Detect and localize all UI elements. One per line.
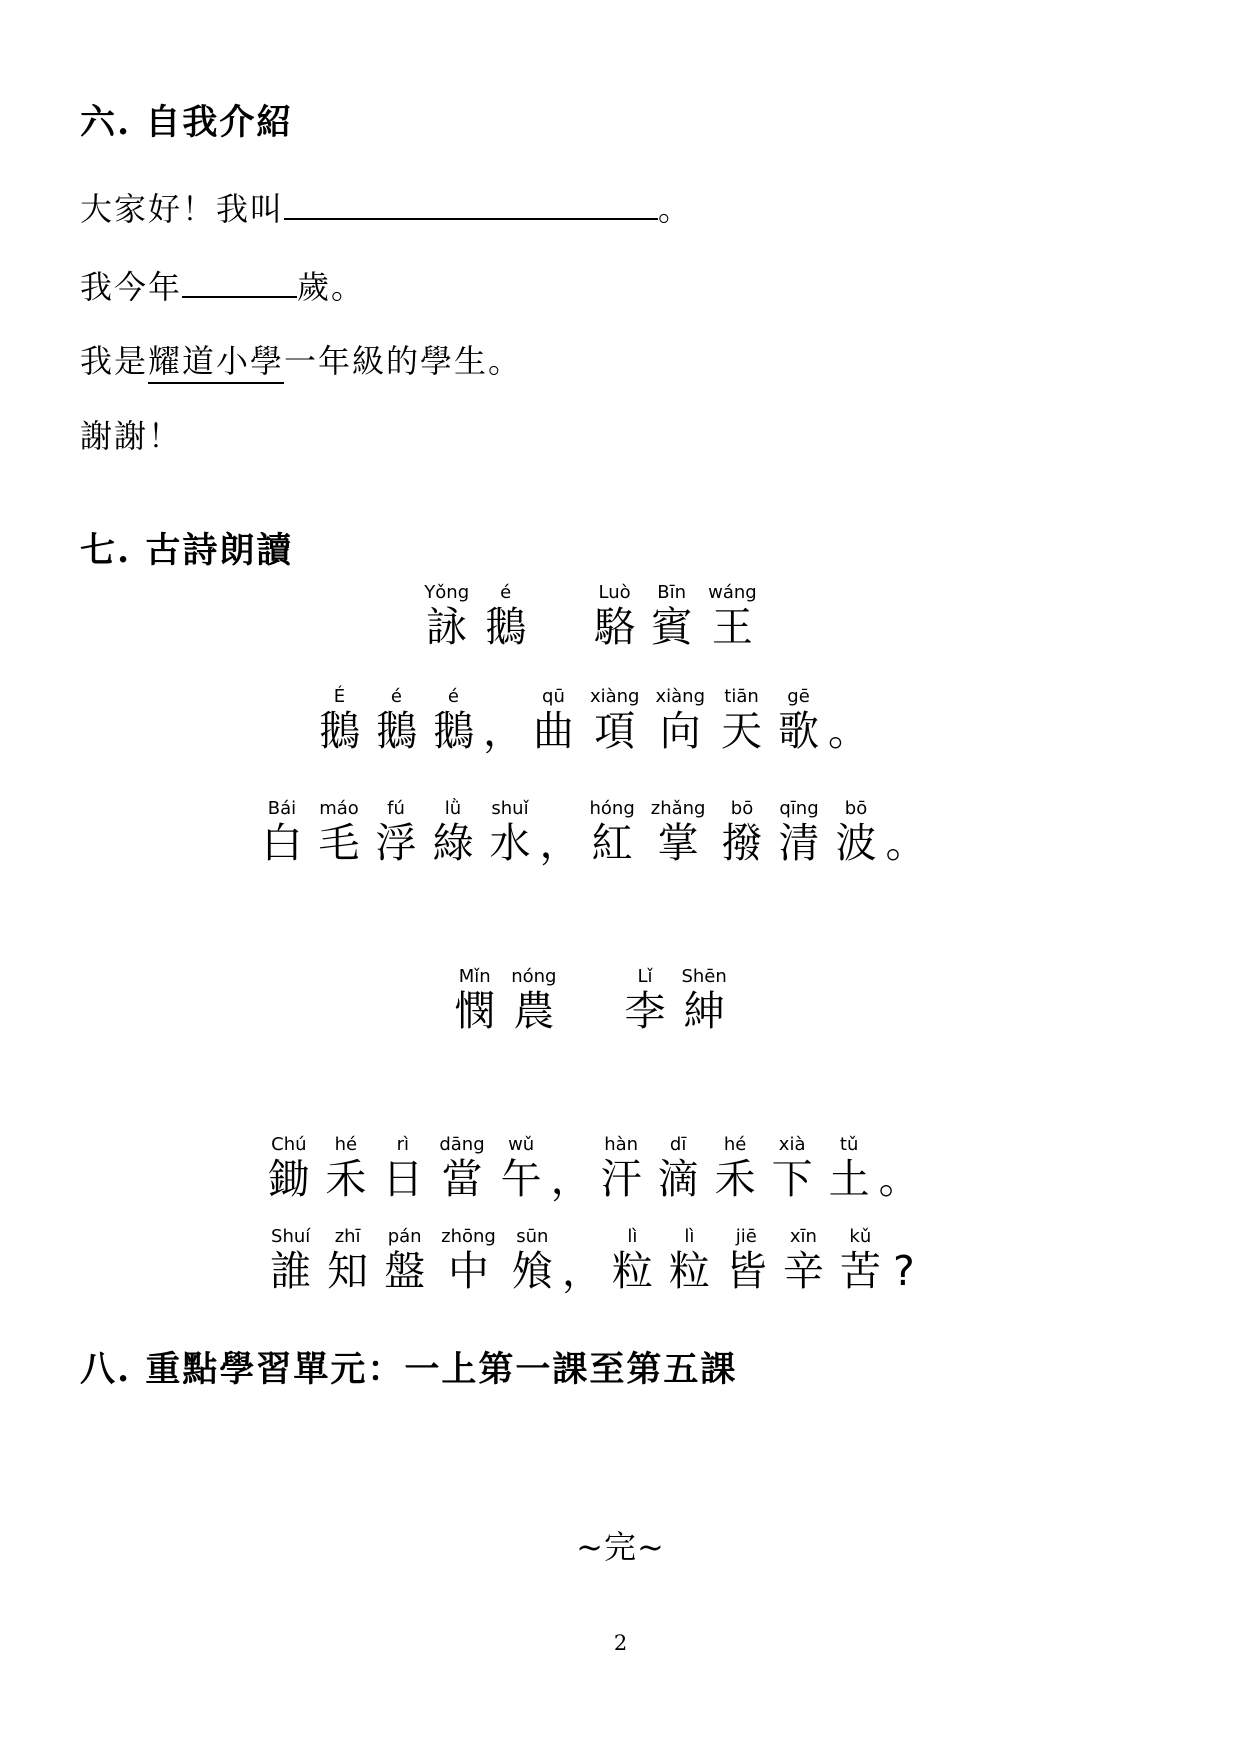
chinese-character: 清: [779, 820, 820, 866]
chinese-character: 滴: [658, 1156, 699, 1202]
chinese-character: 午: [501, 1156, 542, 1202]
chinese-character: 曲: [533, 708, 574, 754]
pinyin-label: wáng: [708, 582, 757, 604]
punctuation: 。: [879, 1134, 920, 1202]
chinese-character: 。: [879, 1156, 920, 1202]
intro-line-school-pre: 我是: [80, 342, 148, 380]
pinyin-label: Bái: [268, 798, 296, 820]
pinyin-label: pán: [388, 1226, 422, 1248]
poem-2-author: Lǐ李Shēn紳: [616, 966, 734, 1034]
ruby-char: qū曲: [533, 686, 574, 754]
poem-yong-e: Yǒng詠é鵝 Luò駱Bīn賓wáng王 É鵝é鵝é鵝 ，qū曲xiàng項x…: [80, 582, 1101, 866]
pinyin-label: hé: [335, 1134, 357, 1156]
chinese-character: 紅: [592, 820, 633, 866]
ruby-char: lì粒: [669, 1226, 710, 1294]
punctuation: ，: [562, 1226, 603, 1294]
pinyin-label: [846, 686, 852, 708]
ruby-char: kǔ苦: [840, 1226, 881, 1294]
chinese-character: 鵝: [433, 708, 474, 754]
pinyin-label: hé: [724, 1134, 746, 1156]
document-page: 六. 自我介紹 大家好！我叫。 我今年歲。 我是耀道小學一年級的學生。 謝謝！ …: [0, 0, 1241, 1755]
pinyin-label: Yǒng: [424, 582, 469, 604]
pinyin-label: xià: [779, 1134, 806, 1156]
intro-line-name-post: 。: [658, 190, 692, 228]
pinyin-label: xiàng: [656, 686, 706, 708]
ruby-char: xiàng向: [656, 686, 706, 754]
intro-line-name: 大家好！我叫。: [80, 186, 1161, 231]
chinese-character: 當: [441, 1156, 482, 1202]
chinese-character: 詠: [426, 604, 467, 650]
pinyin-label: zhōng: [441, 1226, 496, 1248]
ruby-char: Mǐn憫: [454, 966, 495, 1034]
section-7-heading: 七. 古詩朗讀: [80, 533, 1161, 568]
chinese-character: 飧: [512, 1248, 553, 1294]
pinyin-label: lǜ: [445, 798, 461, 820]
poem-area: Yǒng詠é鵝 Luò駱Bīn賓wáng王 É鵝é鵝é鵝 ，qū曲xiàng項x…: [80, 582, 1101, 1294]
ruby-char: Shuí誰: [270, 1226, 311, 1294]
ruby-char: Chú鋤: [268, 1134, 309, 1202]
chinese-character: 粒: [612, 1248, 653, 1294]
intro-line-name-pre: 大家好！我叫: [80, 190, 284, 228]
chinese-character: 向: [660, 708, 701, 754]
chinese-character: 鋤: [268, 1156, 309, 1202]
punctuation: ，: [551, 1134, 592, 1202]
chinese-character: 知: [327, 1248, 368, 1294]
ruby-char: qīng清: [779, 798, 820, 866]
pinyin-label: fú: [387, 798, 405, 820]
chinese-character: ，: [483, 708, 524, 754]
chinese-character: 駱: [594, 604, 635, 650]
ruby-char: Shēn紳: [681, 966, 726, 1034]
ruby-char: É鵝: [319, 686, 360, 754]
pinyin-label: Mǐn: [459, 966, 491, 988]
chinese-character: 土: [829, 1156, 870, 1202]
pinyin-label: wǔ: [508, 1134, 534, 1156]
chinese-character: 天: [721, 708, 762, 754]
pinyin-label: bō: [845, 798, 867, 820]
ruby-char: tǔ土: [829, 1134, 870, 1202]
pinyin-label: gē: [787, 686, 810, 708]
pinyin-label: Lǐ: [637, 966, 652, 988]
chinese-character: 鵝: [376, 708, 417, 754]
pinyin-label: [903, 798, 909, 820]
ruby-char: Lǐ李: [624, 966, 665, 1034]
ruby-char: nóng農: [511, 966, 556, 1034]
chinese-character: 誰: [270, 1248, 311, 1294]
pinyin-label: bō: [731, 798, 753, 820]
pinyin-label: zhǎng: [651, 798, 706, 820]
intro-line-school-post: 一年級的學生。: [284, 342, 522, 380]
pinyin-label: é: [391, 686, 402, 708]
chinese-character: 農: [513, 988, 554, 1034]
poem-1-title-text: Yǒng詠é鵝: [416, 582, 534, 650]
chinese-character: 賓: [651, 604, 692, 650]
ruby-char: dāng當: [439, 1134, 484, 1202]
chinese-character: 皆: [726, 1248, 767, 1294]
chinese-character: 綠: [433, 820, 474, 866]
punctuation: ，: [483, 686, 524, 754]
chinese-character: 。: [828, 708, 869, 754]
pinyin-label: [501, 686, 507, 708]
pinyin-label: jiē: [736, 1226, 757, 1248]
ruby-char: é鵝: [433, 686, 474, 754]
pinyin-label: rì: [397, 1134, 409, 1156]
chinese-character: 李: [624, 988, 665, 1034]
pinyin-label: é: [448, 686, 459, 708]
pinyin-label: É: [334, 686, 345, 708]
intro-line-thanks: 謝謝！: [80, 416, 1161, 458]
chinese-character: 鵝: [319, 708, 360, 754]
chinese-character: 掌: [658, 820, 699, 866]
punctuation: 。: [828, 686, 869, 754]
pinyin-label: Shuí: [271, 1226, 310, 1248]
chinese-character: 辛: [783, 1248, 824, 1294]
chinese-character: 浮: [376, 820, 417, 866]
chinese-character: 。: [886, 820, 927, 866]
chinese-character: 撥: [722, 820, 763, 866]
ruby-char: fú浮: [376, 798, 417, 866]
pinyin-label: Bīn: [657, 582, 686, 604]
ruby-char: dī滴: [658, 1134, 699, 1202]
chinese-character: 項: [594, 708, 635, 754]
ruby-char: hóng紅: [590, 798, 635, 866]
chinese-character: 波: [836, 820, 877, 866]
chinese-character: ?: [893, 1248, 915, 1294]
ruby-char: sūn飧: [512, 1226, 553, 1294]
age-blank-line: [182, 264, 297, 298]
ruby-char: rì日: [382, 1134, 423, 1202]
punctuation: 。: [886, 798, 927, 866]
chinese-character: 汗: [601, 1156, 642, 1202]
ruby-char: zhī知: [327, 1226, 368, 1294]
poem-2-title-text: Mǐn憫nóng農: [446, 966, 564, 1034]
poem-2-title: Mǐn憫nóng農 Lǐ李Shēn紳: [80, 966, 1101, 1034]
ruby-char: lì粒: [612, 1226, 653, 1294]
chinese-character: ，: [562, 1248, 603, 1294]
chinese-character: ，: [551, 1156, 592, 1202]
ruby-char: Yǒng詠: [424, 582, 469, 650]
ruby-char: wáng王: [708, 582, 757, 650]
ruby-char: wǔ午: [501, 1134, 542, 1202]
pinyin-label: dāng: [439, 1134, 484, 1156]
pinyin-label: dī: [670, 1134, 686, 1156]
punctuation: ?: [890, 1226, 918, 1294]
pinyin-label: é: [500, 582, 511, 604]
section-6-heading: 六. 自我介紹: [80, 105, 1161, 140]
pinyin-label: xīn: [790, 1226, 817, 1248]
chinese-character: 盤: [384, 1248, 425, 1294]
pinyin-label: Shēn: [681, 966, 726, 988]
pinyin-label: qū: [542, 686, 565, 708]
ruby-char: é鵝: [376, 686, 417, 754]
ruby-char: tiān天: [721, 686, 762, 754]
pinyin-label: kǔ: [849, 1226, 871, 1248]
pinyin-label: Chú: [271, 1134, 306, 1156]
chinese-character: 紳: [684, 988, 725, 1034]
ruby-char: pán盤: [384, 1226, 425, 1294]
pinyin-label: hàn: [604, 1134, 638, 1156]
ruby-char: xīn辛: [783, 1226, 824, 1294]
ruby-char: jiē皆: [726, 1226, 767, 1294]
ruby-char: Bīn賓: [651, 582, 692, 650]
poem-min-nong: Mǐn憫nóng農 Lǐ李Shēn紳 Chú鋤hé禾rì日dāng當wǔ午 ，h…: [80, 966, 1101, 1294]
chinese-character: 歌: [778, 708, 819, 754]
chinese-character: 鵝: [485, 604, 526, 650]
pinyin-label: hóng: [590, 798, 635, 820]
intro-line-age-pre: 我今年: [80, 268, 182, 306]
page-number: 2: [80, 1631, 1161, 1655]
chinese-character: 白: [262, 820, 303, 866]
ruby-char: máo毛: [319, 798, 360, 866]
chinese-character: 禾: [325, 1156, 366, 1202]
pinyin-label: [557, 798, 563, 820]
ruby-char: gē歌: [778, 686, 819, 754]
ruby-char: bō波: [836, 798, 877, 866]
pinyin-label: tiān: [724, 686, 759, 708]
intro-line-school: 我是耀道小學一年級的學生。: [80, 341, 1161, 383]
ruby-char: zhǎng掌: [651, 798, 706, 866]
pinyin-label: xiàng: [590, 686, 640, 708]
ruby-char: hé禾: [715, 1134, 756, 1202]
pinyin-label: tǔ: [840, 1134, 858, 1156]
pinyin-label: lì: [627, 1226, 637, 1248]
ruby-char: xiàng項: [590, 686, 640, 754]
ruby-char: Luò駱: [594, 582, 635, 650]
ruby-char: shuǐ水: [490, 798, 531, 866]
poem-1-line-2: Bái白máo毛fú浮lǜ綠shuǐ水 ，hóng紅zhǎng掌bō撥qīng清…: [80, 798, 1101, 866]
pinyin-label: shuǐ: [491, 798, 528, 820]
poem-2-line-1: Chú鋤hé禾rì日dāng當wǔ午 ，hàn汗dī滴hé禾xià下tǔ土 。: [80, 1134, 1101, 1202]
chinese-character: 日: [382, 1156, 423, 1202]
ruby-char: hé禾: [325, 1134, 366, 1202]
intro-line-age: 我今年歲。: [80, 264, 1161, 309]
pinyin-label: [896, 1134, 902, 1156]
punctuation: ，: [540, 798, 581, 866]
pinyin-label: nóng: [511, 966, 556, 988]
chinese-character: 下: [772, 1156, 813, 1202]
ruby-char: bō撥: [722, 798, 763, 866]
ruby-char: xià下: [772, 1134, 813, 1202]
section-8-heading: 八. 重點學習單元：一上第一課至第五課: [80, 1352, 1161, 1387]
poem-2-line-2: Shuí誰zhī知pán盤zhōng中sūn飧 ，lì粒lì粒jiē皆xīn辛k…: [80, 1226, 1101, 1294]
ruby-char: é鵝: [485, 582, 526, 650]
ruby-char: hàn汗: [601, 1134, 642, 1202]
pinyin-label: zhī: [335, 1226, 361, 1248]
chinese-character: 苦: [840, 1248, 881, 1294]
chinese-character: 禾: [715, 1156, 756, 1202]
pinyin-label: [579, 1226, 585, 1248]
pinyin-label: lì: [684, 1226, 694, 1248]
poem-1-title: Yǒng詠é鵝 Luò駱Bīn賓wáng王: [80, 582, 1101, 650]
pinyin-label: máo: [319, 798, 359, 820]
chinese-character: ，: [540, 820, 581, 866]
pinyin-label: [568, 1134, 574, 1156]
poem-1-line-1: É鵝é鵝é鵝 ，qū曲xiàng項xiàng向tiān天gē歌 。: [80, 686, 1101, 754]
chinese-character: 水: [490, 820, 531, 866]
pinyin-label: qīng: [779, 798, 818, 820]
chinese-character: 憫: [454, 988, 495, 1034]
ruby-char: zhōng中: [441, 1226, 496, 1294]
ruby-char: Bái白: [262, 798, 303, 866]
name-blank-line: [284, 186, 658, 220]
school-name-underlined: 耀道小學: [148, 342, 284, 384]
chinese-character: 毛: [319, 820, 360, 866]
pinyin-label: Luò: [599, 582, 631, 604]
pinyin-label: [901, 1226, 907, 1248]
poem-1-author: Luò駱Bīn賓wáng王: [586, 582, 765, 650]
ruby-char: lǜ綠: [433, 798, 474, 866]
chinese-character: 王: [712, 604, 753, 650]
intro-line-age-post: 歲。: [297, 268, 365, 306]
end-mark: ~完~: [80, 1527, 1161, 1569]
chinese-character: 粒: [669, 1248, 710, 1294]
chinese-character: 中: [448, 1248, 489, 1294]
pinyin-label: sūn: [516, 1226, 548, 1248]
